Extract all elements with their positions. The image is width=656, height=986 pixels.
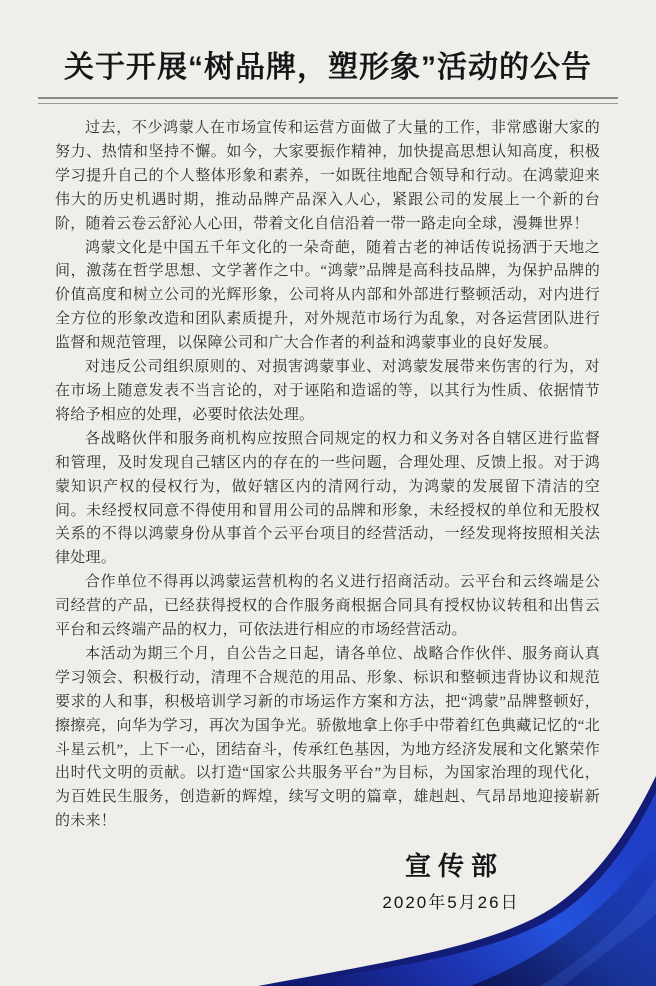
- signature-block: 宣传部 2020年5月26日: [341, 846, 561, 913]
- paragraph-cooperation: 合作单位不得再以鸿蒙运营机构的名义进行招商活动。云平台和云终端是公司经营的产品，…: [55, 571, 600, 643]
- paragraph-partners: 各战略伙伴和服务商机构应按照合同规定的权力和义务对各自辖区进行监督和管理，及时发…: [55, 428, 600, 571]
- signature-date: 2020年5月26日: [341, 888, 561, 913]
- announcement-page: 关于开展“树品牌，塑形象”活动的公告 过去，不少鸿蒙人在市场宣传和运营方面做了大…: [0, 0, 656, 986]
- signature-department: 宣传部: [341, 846, 561, 883]
- paragraph-intro: 过去，不少鸿蒙人在市场宣传和运营方面做了大量的工作，非常感谢大家的努力、热情和坚…: [55, 117, 600, 237]
- page-title: 关于开展“树品牌，塑形象”活动的公告: [28, 50, 628, 86]
- paragraph-activity: 本活动为期三个月，自公告之日起，请各单位、战略合作伙伴、服务商认真学习领会、积极…: [55, 643, 600, 834]
- title-divider: [38, 97, 618, 104]
- announcement-body: 过去，不少鸿蒙人在市场宣传和运营方面做了大量的工作，非常感谢大家的努力、热情和坚…: [55, 117, 600, 834]
- paragraph-brand: 鸿蒙文化是中国五千年文化的一朵奇葩，随着古老的神话传说扬洒于天地之间，激荡在哲学…: [55, 237, 600, 357]
- paragraph-discipline: 对违反公司组织原则的、对损害鸿蒙事业、对鸿蒙发展带来伤害的行为，对在市场上随意发…: [55, 356, 600, 428]
